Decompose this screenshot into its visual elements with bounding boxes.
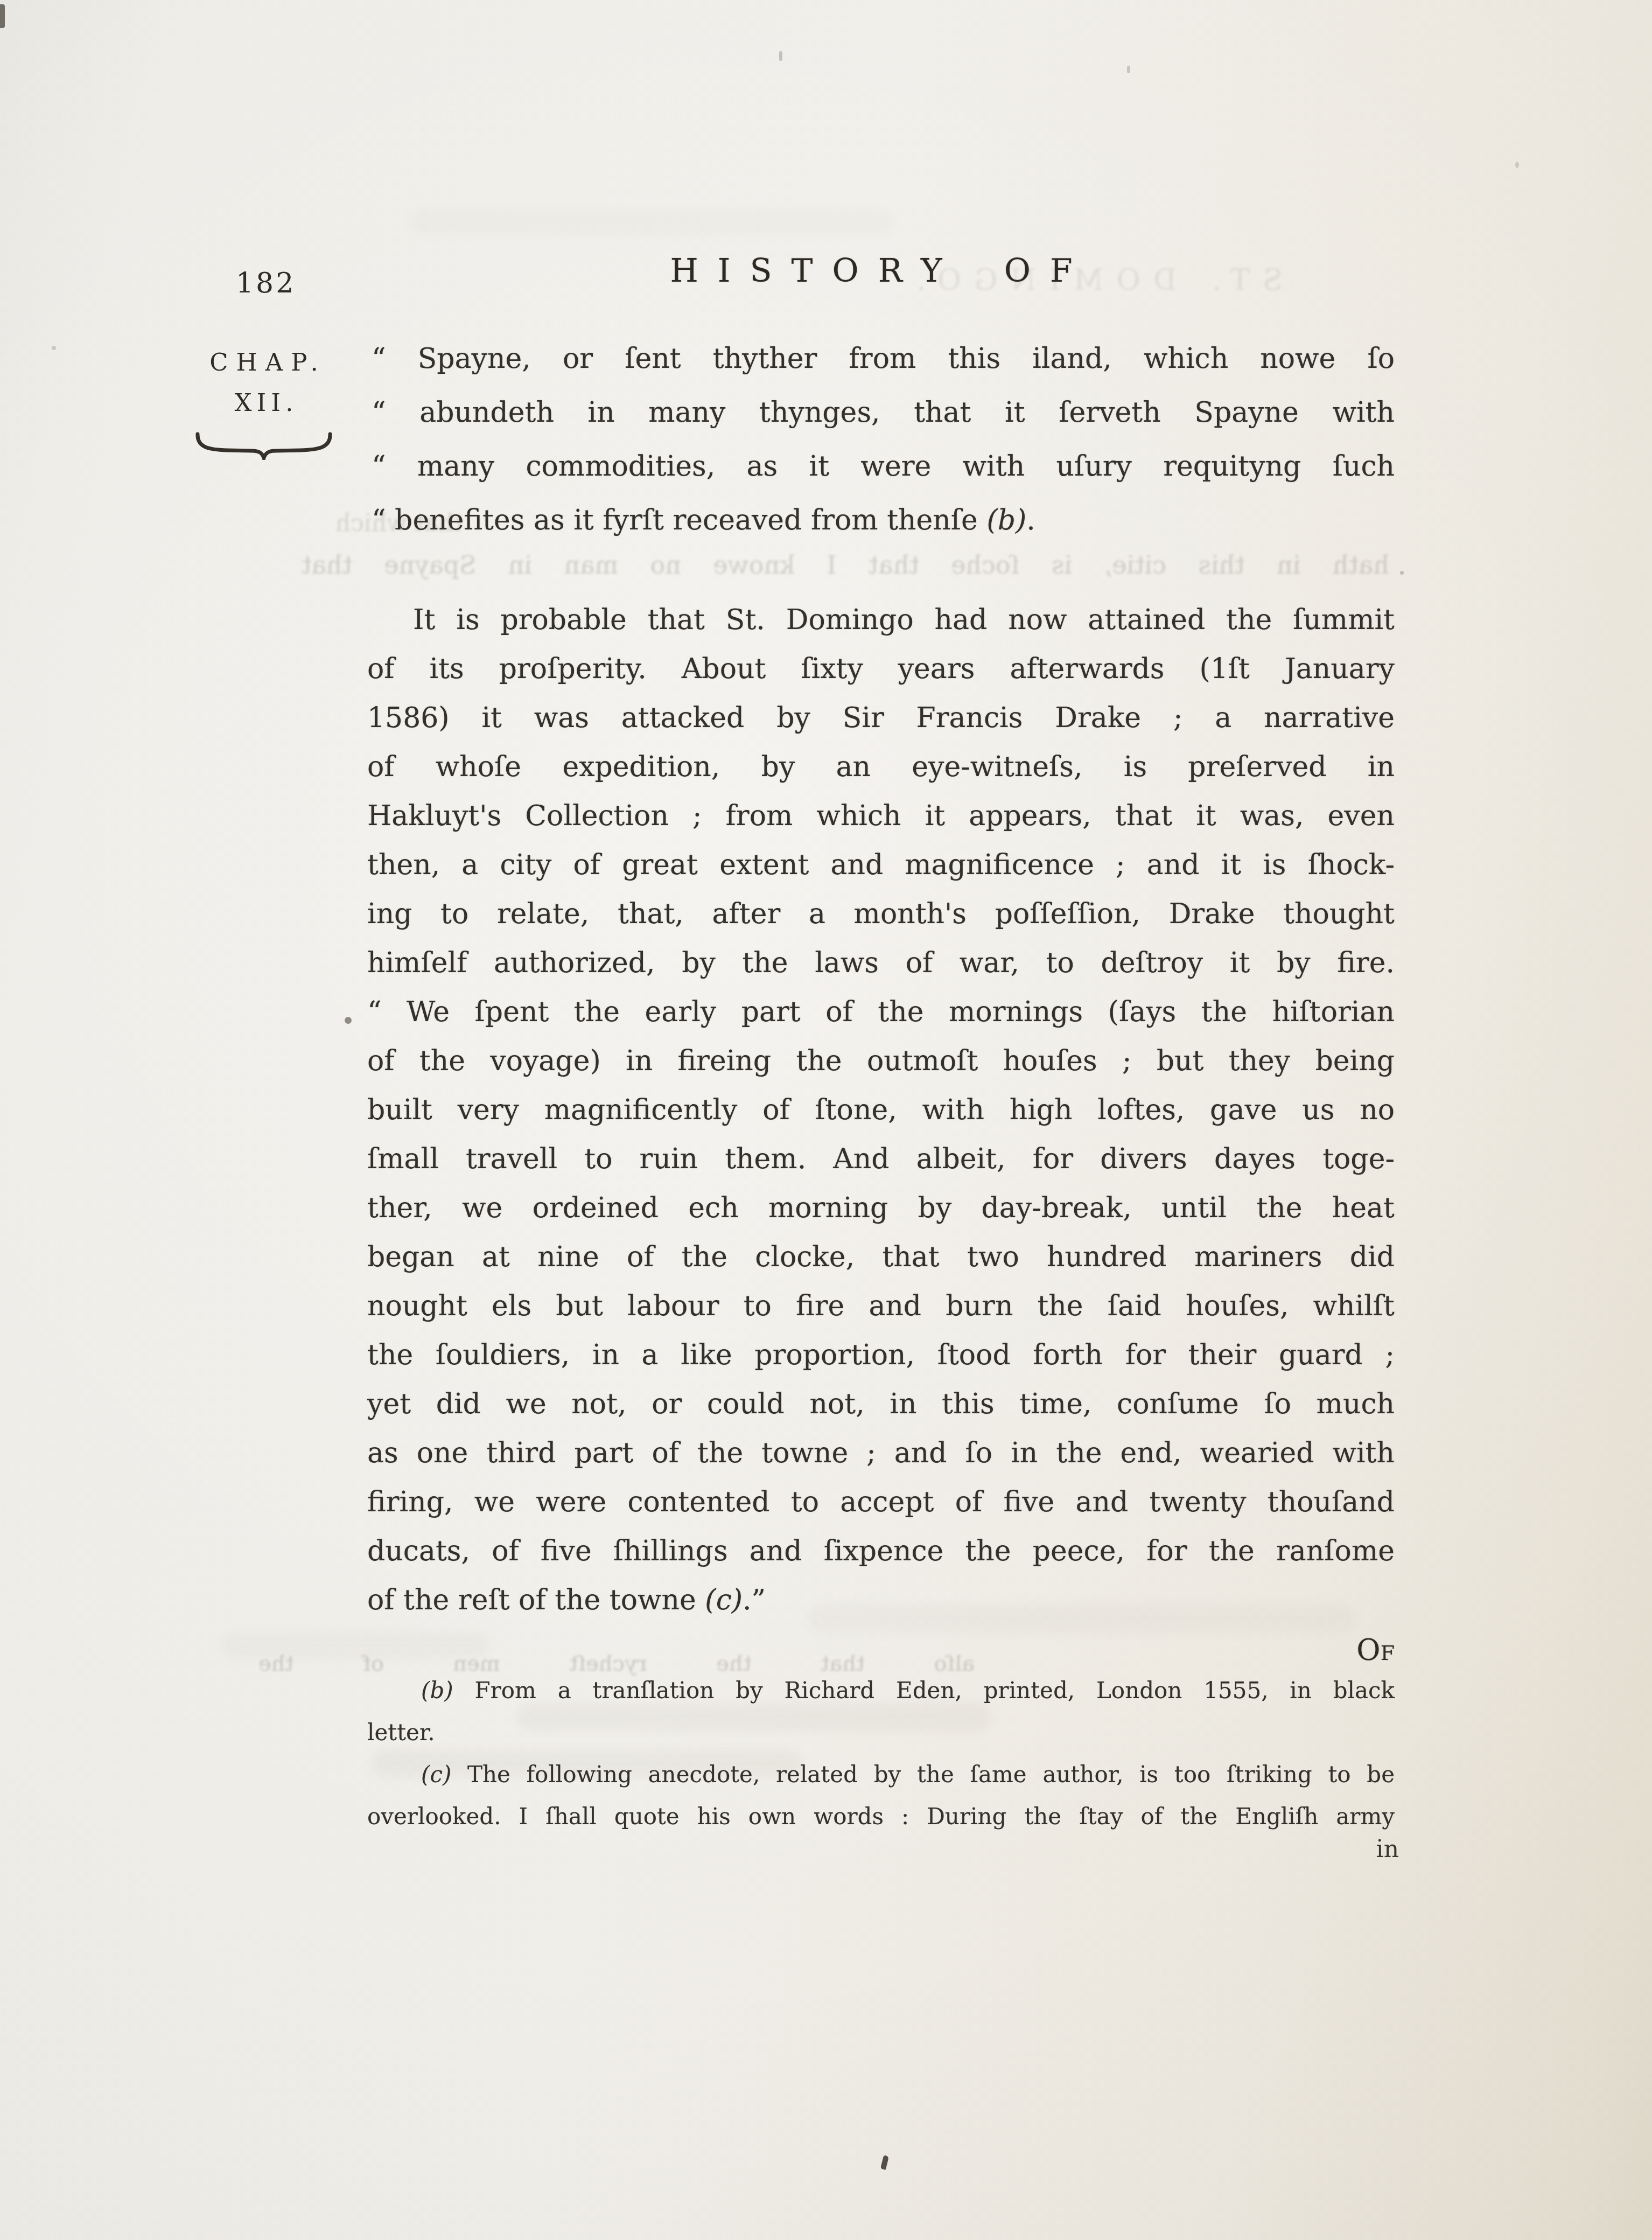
bleedthrough-smudge: [409, 210, 894, 235]
quote-block: “ Spayne, or ſent thyther from this ilan…: [372, 332, 1395, 547]
text-line: yet did we not, or could not, in this ti…: [367, 1380, 1395, 1429]
ink-speck: [779, 51, 782, 61]
text-line: It is probable that St. Domingo had now …: [367, 596, 1395, 645]
ink-comma-mark: [880, 2155, 889, 2170]
text-line: 1586) it was attacked by Sir Francis Dra…: [367, 694, 1395, 743]
text-line: of the reſt of the towne (c).”: [367, 1576, 1395, 1625]
footnote-block: (b) From a tranſlation by Richard Eden, …: [367, 1670, 1395, 1838]
text-line: ing to relate, that, after a month's poſ…: [367, 890, 1395, 939]
text-line: (c) The following anecdote, related by t…: [367, 1754, 1395, 1796]
text-line: built very magnificently of ſtone, with …: [367, 1086, 1395, 1135]
chapter-brace-icon: [194, 431, 334, 460]
scanned-book-page: { "page": { "number": "182", "running_he…: [0, 0, 1652, 2240]
catchword-in: in: [1376, 1836, 1399, 1863]
text-line: “ Spayne, or ſent thyther from this ilan…: [372, 332, 1395, 386]
scan-edge-mark: [0, 4, 5, 28]
text-line: ſmall travell to ruin them. And albeit, …: [367, 1135, 1395, 1184]
text-line: then, a city of great extent and magnifi…: [367, 841, 1395, 890]
bleedthrough-smudge: [221, 1632, 490, 1659]
running-head: HISTORY OF: [367, 252, 1395, 290]
text-line: began at nine of the clocke, that two hu…: [367, 1233, 1395, 1282]
text-line: Hakluyt's Collection ; from which it app…: [367, 792, 1395, 841]
bleedthrough-line: hath in this citie, is ſoche that I know…: [302, 550, 1389, 580]
ink-speck: [1400, 571, 1404, 575]
text-line: “ many commodities, as it were with uſur…: [372, 439, 1395, 493]
text-line: himſelf authorized, by the laws of war, …: [367, 939, 1395, 988]
text-line: the ſouldiers, in a like proportion, ſto…: [367, 1331, 1395, 1380]
text-line: of whoſe expedition, by an eye-witneſs, …: [367, 743, 1395, 792]
text-line: ducats, of five ſhillings and ſixpence t…: [367, 1527, 1395, 1576]
text-line: ther, we ordeined ech morning by day-bre…: [367, 1184, 1395, 1233]
ink-speck: [52, 346, 56, 350]
text-line: “ We ſpent the early part of the morning…: [367, 988, 1395, 1037]
catchword-of: Of: [1356, 1633, 1395, 1667]
text-line: “ abundeth in many thynges, that it ſerv…: [372, 386, 1395, 439]
ink-speck: [1127, 66, 1130, 73]
chapter-label: CHAP.: [192, 348, 336, 376]
text-line: of the voyage) in fireing the outmoſt ho…: [367, 1037, 1395, 1086]
text-line: firing, we were contented to accept of f…: [367, 1478, 1395, 1527]
text-line: “ benefites as it fyrſt receaved from th…: [372, 493, 1395, 547]
text-line: letter.: [367, 1712, 1395, 1754]
text-line: (b) From a tranſlation by Richard Eden, …: [367, 1670, 1395, 1712]
text-line: as one third part of the towne ; and ſo …: [367, 1429, 1395, 1478]
page-number: 182: [236, 267, 296, 299]
ink-speck: [345, 1017, 352, 1024]
chapter-numeral: XII.: [192, 388, 336, 417]
main-paragraph: It is probable that St. Domingo had now …: [367, 596, 1395, 1625]
text-line: overlooked. I ſhall quote his own words …: [367, 1796, 1395, 1838]
text-line: nought els but labour to fire and burn t…: [367, 1282, 1395, 1331]
text-line: of its proſperity. About ſixty years aft…: [367, 645, 1395, 694]
ink-speck: [1515, 162, 1519, 168]
chapter-heading: CHAP. XII.: [192, 348, 336, 460]
